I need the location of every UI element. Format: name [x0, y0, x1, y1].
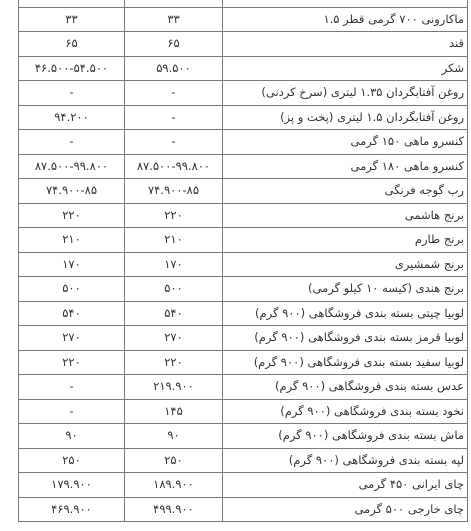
price-cell-2: ۲۷۰: [19, 326, 125, 351]
price-cell-1: -: [125, 130, 223, 155]
product-name-cell: ماکارونی ۷۰۰ گرمی قطر ۱.۵: [223, 7, 468, 32]
table-row: رب گوجه فرنگی۷۴.۹۰۰-۸۵۷۴.۹۰۰-۸۵: [19, 179, 468, 204]
price-cell-2: ۲۲۰: [19, 203, 125, 228]
price-table-body: ماکارونی ۷۰۰ گرمی قطر ۱.۵۳۳۳۳قند۶۵۶۵شکر۵…: [19, 0, 468, 522]
product-name-cell: [223, 0, 468, 7]
table-row: روغن آفتابگردان ۱.۵ لیتری (پخت و پز)-۹۴.…: [19, 105, 468, 130]
product-name-cell: عدس بسته بندی فروشگاهی (۹۰۰ گرم): [223, 375, 468, 400]
price-cell-2: ۴۶۹.۹۰۰: [19, 497, 125, 522]
product-name-cell: روغن آفتابگردان ۱.۵ لیتری (پخت و پز): [223, 105, 468, 130]
price-cell-2: ۸۷.۵۰۰-۹۹.۸۰۰: [19, 154, 125, 179]
table-row: قند۶۵۶۵: [19, 32, 468, 57]
product-name-cell: ماش بسته بندی فروشگاهی (۹۰۰ گرم): [223, 424, 468, 449]
table-row: برنج هاشمی۲۲۰۲۲۰: [19, 203, 468, 228]
price-cell-1: ۷۴.۹۰۰-۸۵: [125, 179, 223, 204]
product-name-cell: لوبیا چیتی بسته بندی فروشگاهی (۹۰۰ گرم): [223, 301, 468, 326]
price-cell-1: ۲۱۹.۹۰۰: [125, 375, 223, 400]
price-cell-2: ۳۳: [19, 7, 125, 32]
product-name-cell: چای خارجی ۵۰۰ گرمی: [223, 497, 468, 522]
table-row: ماکارونی ۷۰۰ گرمی قطر ۱.۵۳۳۳۳: [19, 7, 468, 32]
table-row: برنج شمشیری۱۷۰۱۷۰: [19, 252, 468, 277]
product-name-cell: نخود بسته بندی فروشگاهی (۹۰۰ گرم): [223, 399, 468, 424]
price-cell-2: -: [19, 81, 125, 106]
price-cell-2: ۶۵: [19, 32, 125, 57]
price-cell-1: -: [125, 105, 223, 130]
product-name-cell: برنج شمشیری: [223, 252, 468, 277]
price-cell-1: ۵۴۰: [125, 301, 223, 326]
product-name-cell: برنج هندی (کیسه ۱۰ کیلو گرمی): [223, 277, 468, 302]
product-name-cell: کنسرو ماهی ۱۸۰ گرمی: [223, 154, 468, 179]
table-row: عدس بسته بندی فروشگاهی (۹۰۰ گرم)۲۱۹.۹۰۰-: [19, 375, 468, 400]
table-row: کنسرو ماهی ۱۵۰ گرمی--: [19, 130, 468, 155]
price-cell-1: ۵۹.۵۰۰: [125, 56, 223, 81]
table-row: چای ایرانی ۴۵۰ گرمی۱۸۹.۹۰۰۱۷۹.۹۰۰: [19, 473, 468, 498]
product-name-cell: شکر: [223, 56, 468, 81]
product-name-cell: لوبیا سفید بسته بندی فروشگاهی (۹۰۰ گرم): [223, 350, 468, 375]
price-table: ماکارونی ۷۰۰ گرمی قطر ۱.۵۳۳۳۳قند۶۵۶۵شکر۵…: [18, 0, 468, 522]
table-row: نخود بسته بندی فروشگاهی (۹۰۰ گرم)۱۴۵-: [19, 399, 468, 424]
price-cell-2: ۵۰۰: [19, 277, 125, 302]
price-cell-1: ۲۵۰: [125, 448, 223, 473]
table-row: شکر۵۹.۵۰۰۴۶.۵۰۰-۵۴.۵۰۰: [19, 56, 468, 81]
table-row: کنسرو ماهی ۱۸۰ گرمی۸۷.۵۰۰-۹۹.۸۰۰۸۷.۵۰۰-۹…: [19, 154, 468, 179]
product-name-cell: لپه بسته بندی فروشگاهی (۹۰۰ گرم): [223, 448, 468, 473]
product-name-cell: برنج هاشمی: [223, 203, 468, 228]
price-cell-2: ۲۲۰: [19, 350, 125, 375]
price-cell-1: ۱۸۹.۹۰۰: [125, 473, 223, 498]
price-cell-2: [19, 0, 125, 7]
table-row: ماش بسته بندی فروشگاهی (۹۰۰ گرم)۹۰۹۰: [19, 424, 468, 449]
price-cell-1: ۱۴۵: [125, 399, 223, 424]
table-row: روغن آفتابگردان ۱.۳۵ لیتری (سرخ کردنی)--: [19, 81, 468, 106]
price-table-container: ماکارونی ۷۰۰ گرمی قطر ۱.۵۳۳۳۳قند۶۵۶۵شکر۵…: [18, 0, 454, 522]
price-cell-2: ۱۷۰: [19, 252, 125, 277]
price-cell-2: ۹۴.۲۰۰: [19, 105, 125, 130]
price-cell-2: ۷۴.۹۰۰-۸۵: [19, 179, 125, 204]
price-cell-2: ۴۶.۵۰۰-۵۴.۵۰۰: [19, 56, 125, 81]
price-cell-1: [125, 0, 223, 7]
price-cell-2: -: [19, 130, 125, 155]
table-row: برنج طارم۲۱۰۲۱۰: [19, 228, 468, 253]
price-cell-1: ۲۷۰: [125, 326, 223, 351]
price-cell-1: ۲۲۰: [125, 350, 223, 375]
product-name-cell: رب گوجه فرنگی: [223, 179, 468, 204]
product-name-cell: روغن آفتابگردان ۱.۳۵ لیتری (سرخ کردنی): [223, 81, 468, 106]
product-name-cell: لوبیا قرمز بسته بندی فروشگاهی (۹۰۰ گرم): [223, 326, 468, 351]
table-row: [19, 0, 468, 7]
table-row: لوبیا چیتی بسته بندی فروشگاهی (۹۰۰ گرم)۵…: [19, 301, 468, 326]
price-cell-1: ۱۷۰: [125, 252, 223, 277]
product-name-cell: چای ایرانی ۴۵۰ گرمی: [223, 473, 468, 498]
price-cell-2: ۲۱۰: [19, 228, 125, 253]
price-cell-1: ۳۳: [125, 7, 223, 32]
price-cell-2: ۲۵۰: [19, 448, 125, 473]
price-cell-2: ۵۴۰: [19, 301, 125, 326]
price-cell-1: ۸۷.۵۰۰-۹۹.۸۰۰: [125, 154, 223, 179]
product-name-cell: کنسرو ماهی ۱۵۰ گرمی: [223, 130, 468, 155]
price-cell-1: -: [125, 81, 223, 106]
table-row: لپه بسته بندی فروشگاهی (۹۰۰ گرم)۲۵۰۲۵۰: [19, 448, 468, 473]
price-cell-1: ۶۵: [125, 32, 223, 57]
price-cell-1: ۲۱۰: [125, 228, 223, 253]
table-row: لوبیا سفید بسته بندی فروشگاهی (۹۰۰ گرم)۲…: [19, 350, 468, 375]
price-cell-2: -: [19, 399, 125, 424]
price-cell-2: ۹۰: [19, 424, 125, 449]
price-cell-2: ۱۷۹.۹۰۰: [19, 473, 125, 498]
price-cell-2: -: [19, 375, 125, 400]
price-cell-1: ۴۹۹.۹۰۰: [125, 497, 223, 522]
table-row: برنج هندی (کیسه ۱۰ کیلو گرمی)۵۰۰۵۰۰: [19, 277, 468, 302]
price-cell-1: ۹۰: [125, 424, 223, 449]
product-name-cell: قند: [223, 32, 468, 57]
price-cell-1: ۵۰۰: [125, 277, 223, 302]
table-row: چای خارجی ۵۰۰ گرمی۴۹۹.۹۰۰۴۶۹.۹۰۰: [19, 497, 468, 522]
table-row: لوبیا قرمز بسته بندی فروشگاهی (۹۰۰ گرم)۲…: [19, 326, 468, 351]
product-name-cell: برنج طارم: [223, 228, 468, 253]
price-cell-1: ۲۲۰: [125, 203, 223, 228]
